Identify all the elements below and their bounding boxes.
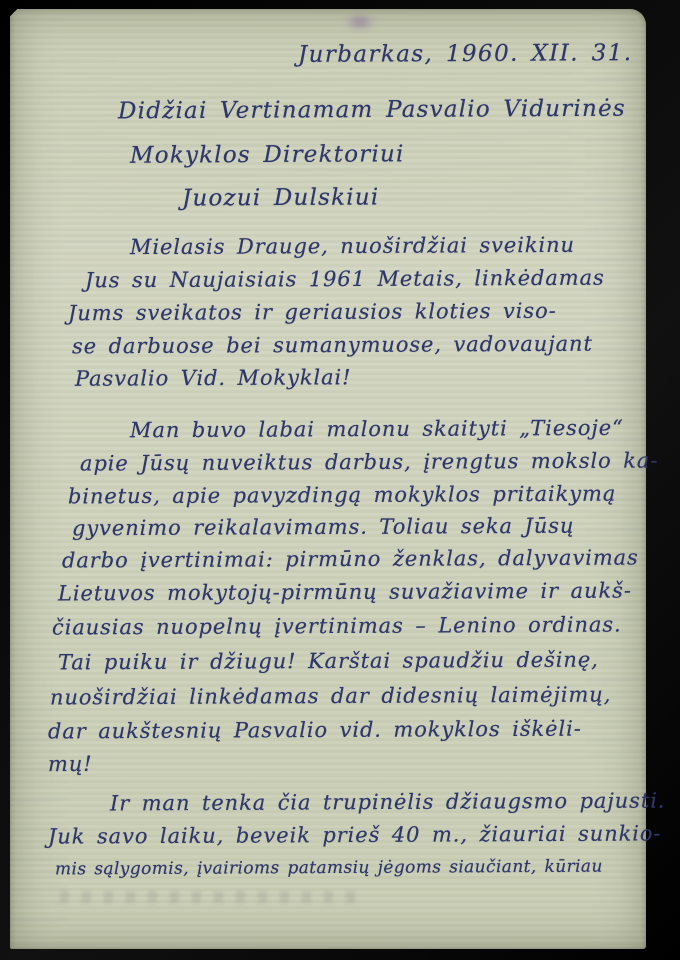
letter-line: Pasvalio Vid. Mokyklai! (75, 365, 352, 390)
letter-line: Jus su Naujaisiais 1961 Metais, linkėdam… (85, 266, 605, 293)
letter-address-line: Didžiai Vertinamam Pasvalio Vidurinės (118, 96, 626, 125)
letter-paper: Jurbarkas, 1960. XII. 31. Didžiai Vertin… (10, 9, 646, 949)
letter-address-line: Mokyklos Direktoriui (130, 141, 405, 168)
letter-line: se darbuose bei sumanymuose, vadovaujant (72, 332, 593, 359)
letter-line: Man buvo labai malonu skaityti „Tiesoje“ (130, 416, 624, 443)
letter-line: Mielasis Drauge, nuoširdžiai sveikinu (130, 233, 575, 259)
letter-line: gyvenimo reikalavimams. Toliau seka Jūsų (72, 514, 574, 541)
letter-line: darbo įvertinimai: pirmūno ženklas, daly… (62, 545, 639, 572)
letter-line: Juk savo laiku, beveik prieš 40 m., žiau… (48, 821, 661, 848)
letter-line: mis sąlygomis, įvairioms patamsių jėgoms… (55, 857, 603, 880)
letter-line: Jums sveikatos ir geriausios kloties vis… (68, 299, 557, 326)
letter-line: binetus, apie pavyzdingą mokyklos pritai… (68, 482, 616, 509)
letter-line: nuoširdžiai linkėdamas dar didesnių laim… (50, 683, 611, 710)
scan-corner-artifact (0, 0, 26, 26)
letter-address-line: Juozui Dulskiui (182, 184, 379, 211)
letter-line: čiausias nuopelnų įvertinimas – Lenino o… (52, 613, 622, 640)
letter-dateline: Jurbarkas, 1960. XII. 31. (298, 40, 633, 68)
letter-line: Lietuvos mokytojų-pirmūnų suvažiavime ir… (58, 578, 632, 605)
letter-line: Ir man tenka čia trupinėlis džiaugsmo pa… (110, 789, 665, 816)
bleed-through-bottom-pencil (60, 891, 360, 903)
ink-smudge-violet (338, 9, 382, 35)
letter-line: Tai puiku ir džiugu! Karštai spaudžiu de… (58, 648, 599, 675)
letter-line: mų! (48, 752, 93, 776)
letter-line: apie Jūsų nuveiktus darbus, įrengtus mok… (80, 448, 658, 475)
letter-line: dar aukštesnių Pasvalio vid. mokyklos iš… (48, 717, 582, 744)
